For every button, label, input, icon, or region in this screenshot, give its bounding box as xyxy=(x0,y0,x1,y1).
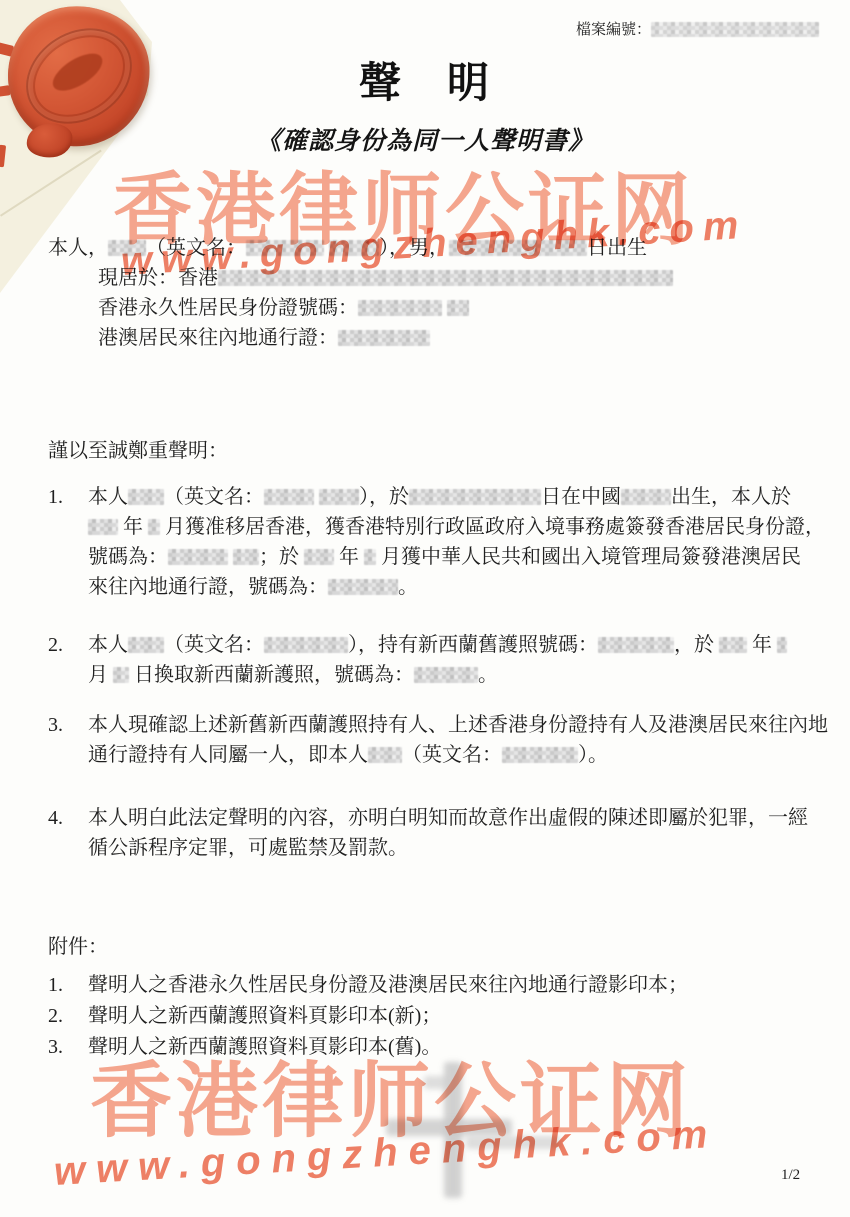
redacted-file-number xyxy=(651,22,819,37)
redacted-text xyxy=(304,549,334,565)
page-number: 1/2 xyxy=(781,1167,800,1184)
redacted-text xyxy=(329,240,379,256)
redacted-text xyxy=(719,637,747,653)
attachments-heading: 附件： xyxy=(48,930,108,959)
statement-line: 循公訴程序定罪，可處監禁及罰款。 xyxy=(88,833,823,863)
statement-number: 1. xyxy=(48,482,63,512)
attachment-text: 聲明人之新西蘭護照資料頁影印本(舊)。 xyxy=(88,1036,441,1058)
declarant-line: 現居於：香港 xyxy=(48,263,673,293)
statement-item: 2. 本人（英文名：），持有新西蘭舊護照號碼：，於 年 月 日換取新西蘭新護照，… xyxy=(48,630,823,690)
statement-number: 2. xyxy=(48,630,63,660)
statement-item: 4. 本人明白此法定聲明的內容，亦明白明知而故意作出虛假的陳述即屬於犯罪，一經 … xyxy=(48,803,823,863)
statement-item: 3. 本人現確認上述新舊新西蘭護照持有人、上述香港身份證持有人及港澳居民來往內地… xyxy=(48,710,823,770)
statement-line: 來往內地通行證，號碼為：。 xyxy=(88,572,823,602)
attachment-number: 1. xyxy=(48,970,88,1001)
blurred-stamp-mark xyxy=(466,1136,560,1149)
redacted-text xyxy=(233,549,259,565)
statement-heading: 謹以至誠鄭重聲明： xyxy=(48,434,228,463)
redacted-text xyxy=(502,747,578,763)
blurred-stamp-mark xyxy=(424,1076,452,1089)
statement-number: 3. xyxy=(48,710,63,740)
redacted-text xyxy=(621,489,671,505)
redacted-text xyxy=(358,300,442,316)
redacted-text xyxy=(319,489,359,505)
document-subtitle: 《確認身份為同一人聲明書》 xyxy=(0,121,850,157)
document-title: 聲 明 xyxy=(0,50,850,110)
redacted-text xyxy=(328,579,398,595)
statement-line: 本人明白此法定聲明的內容，亦明白明知而故意作出虛假的陳述即屬於犯罪，一經 xyxy=(88,803,823,833)
blurred-stamp-mark xyxy=(386,1119,512,1136)
redacted-text xyxy=(447,300,469,316)
attachment-number: 2. xyxy=(48,1001,88,1032)
declarant-line: 本人，（英文名： ），男，日出生 xyxy=(48,233,673,263)
statement-line: 年 月獲准移居香港，獲香港特別行政區政府入境事務處簽發香港居民身份證， xyxy=(88,512,823,542)
redacted-text xyxy=(414,667,478,683)
redacted-text xyxy=(113,667,129,683)
redacted-text xyxy=(449,240,587,256)
file-number-label: 檔案編號： xyxy=(576,22,651,38)
redacted-text xyxy=(264,637,348,653)
redacted-text xyxy=(128,637,164,653)
statement-line: 本人（英文名：），持有新西蘭舊護照號碼：，於 年 xyxy=(88,630,823,660)
attachments-list: 1.聲明人之香港永久性居民身份證及港澳居民來往內地通行證影印本； 2.聲明人之新… xyxy=(48,970,688,1063)
attachment-item: 2.聲明人之新西蘭護照資料頁影印本(新)； xyxy=(48,1001,688,1032)
attachment-text: 聲明人之香港永久性居民身份證及港澳居民來往內地通行證影印本； xyxy=(88,974,688,996)
document-page: 檔案編號： 聲 明 《確認身份為同一人聲明書》 本人，（英文名： ），男，日出生… xyxy=(0,0,850,1217)
redacted-text xyxy=(108,240,146,256)
redacted-text xyxy=(338,330,430,346)
declarant-line: 香港永久性居民身份證號碼： xyxy=(48,293,673,323)
attachment-item: 1.聲明人之香港永久性居民身份證及港澳居民來往內地通行證影印本； xyxy=(48,970,688,1001)
statement-line: 通行證持有人同屬一人，即本人（英文名：）。 xyxy=(88,740,823,770)
redacted-text xyxy=(368,747,402,763)
redacted-text xyxy=(218,270,673,286)
declarant-info: 本人，（英文名： ），男，日出生 現居於：香港 香港永久性居民身份證號碼： 港澳… xyxy=(48,233,673,353)
statement-item: 1. 本人（英文名： ），於日在中國出生，本人於 年 月獲准移居香港，獲香港特別… xyxy=(48,482,823,602)
redacted-text xyxy=(409,489,541,505)
declarant-line: 港澳居民來往內地通行證： xyxy=(48,323,673,353)
redacted-text xyxy=(777,637,787,653)
redacted-text xyxy=(264,489,314,505)
redacted-text xyxy=(148,519,160,535)
file-number-row: 檔案編號： xyxy=(576,18,819,39)
redacted-text xyxy=(246,240,324,256)
attachment-number: 3. xyxy=(48,1032,88,1063)
statement-line: 號碼為： ；於 年 月獲中華人民共和國出入境管理局簽發港澳居民 xyxy=(88,542,823,572)
redacted-text xyxy=(128,489,164,505)
attachment-item: 3.聲明人之新西蘭護照資料頁影印本(舊)。 xyxy=(48,1032,688,1063)
statement-line: 本人（英文名： ），於日在中國出生，本人於 xyxy=(88,482,823,512)
redacted-text xyxy=(168,549,228,565)
redacted-text xyxy=(598,637,674,653)
statement-line: 本人現確認上述新舊新西蘭護照持有人、上述香港身份證持有人及港澳居民來往內地 xyxy=(88,710,823,740)
attachment-text: 聲明人之新西蘭護照資料頁影印本(新)； xyxy=(88,1005,441,1027)
statement-number: 4. xyxy=(48,803,63,833)
redacted-text xyxy=(88,519,118,535)
redacted-text xyxy=(364,549,376,565)
statement-line: 月 日換取新西蘭新護照，號碼為：。 xyxy=(88,660,823,690)
